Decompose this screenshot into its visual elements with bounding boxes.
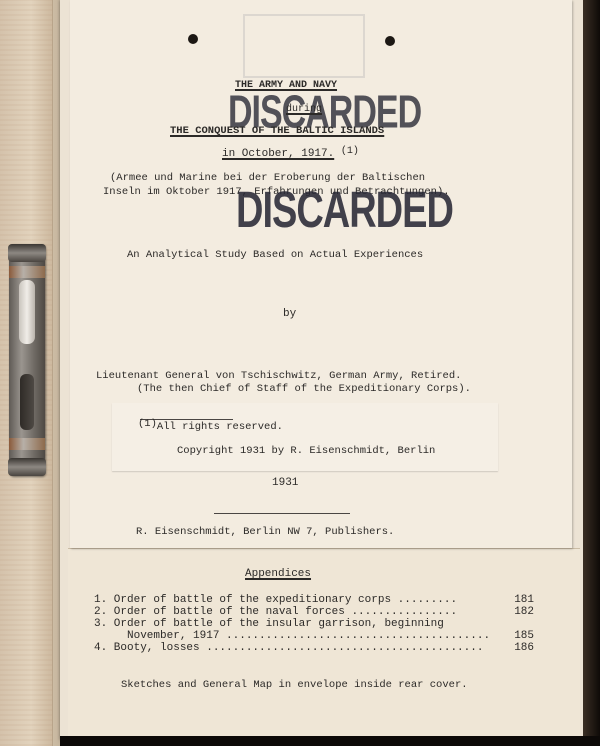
header-line-2: during [286, 104, 322, 115]
clip-top-cap [8, 244, 46, 262]
clip-band-top [9, 266, 45, 278]
appendix-label: 4. Booty, losses .......................… [94, 642, 483, 654]
author-line-1: Lieutenant General von Tschischwitz, Ger… [96, 370, 461, 382]
appendix-item: 1. Order of battle of the expeditionary … [94, 594, 534, 606]
punch-hole-right [385, 36, 395, 46]
appendix-page: 186 [514, 642, 534, 654]
bottom-edge-shadow [60, 736, 600, 746]
footnote-line-1: All rights reserved. [157, 421, 283, 433]
clip-slot-lower [20, 374, 34, 430]
header-line-3: THE CONQUEST OF THE BALTIC ISLANDS [170, 125, 384, 137]
publication-year: 1931 [272, 477, 298, 489]
appendix-page: 182 [514, 606, 534, 618]
appendix-label: 2. Order of battle of the naval forces .… [94, 606, 457, 618]
footnote-marker-slip: (1) [138, 418, 157, 430]
publisher-line: R. Eisenschmidt, Berlin NW 7, Publishers… [136, 526, 394, 538]
appendix-label: 1. Order of battle of the expeditionary … [94, 594, 457, 606]
appendix-item: 2. Order of battle of the naval forces .… [94, 606, 534, 618]
appendix-label: 3. Order of battle of the insular garris… [94, 618, 444, 630]
publisher-rule [214, 513, 350, 514]
appendix-item: 3. Order of battle of the insular garris… [94, 618, 534, 630]
footnote-line-2: Copyright 1931 by R. Eisenschmidt, Berli… [177, 445, 435, 457]
binder-clip[interactable] [9, 244, 45, 476]
clip-tongue-upper [19, 280, 35, 344]
appendix-label: November, 1917 .........................… [94, 630, 490, 642]
by-label: by [283, 308, 296, 320]
appendix-item: 4. Booty, losses .......................… [94, 642, 534, 654]
clip-band-bottom [9, 438, 45, 450]
subtitle: An Analytical Study Based on Actual Expe… [127, 249, 423, 261]
appendices-note: Sketches and General Map in envelope ins… [121, 679, 468, 691]
discarded-stamp-middle: DISCARDED [236, 182, 453, 240]
right-edge-shadow [583, 0, 600, 746]
clip-bottom-cap [8, 458, 46, 476]
author-line-2: (The then Chief of Staff of the Expediti… [137, 383, 471, 395]
appendix-page: 185 [514, 630, 534, 642]
appendices-heading: Appendices [245, 568, 311, 580]
appendix-item: November, 1917 .........................… [94, 630, 534, 642]
punch-hole-left [188, 34, 198, 44]
faded-library-stamp [243, 14, 365, 78]
copyright-slip [112, 403, 498, 471]
appendix-page: 181 [514, 594, 534, 606]
header-line-4: in October, 1917. [222, 148, 334, 160]
footnote-marker: (1) [341, 146, 359, 157]
